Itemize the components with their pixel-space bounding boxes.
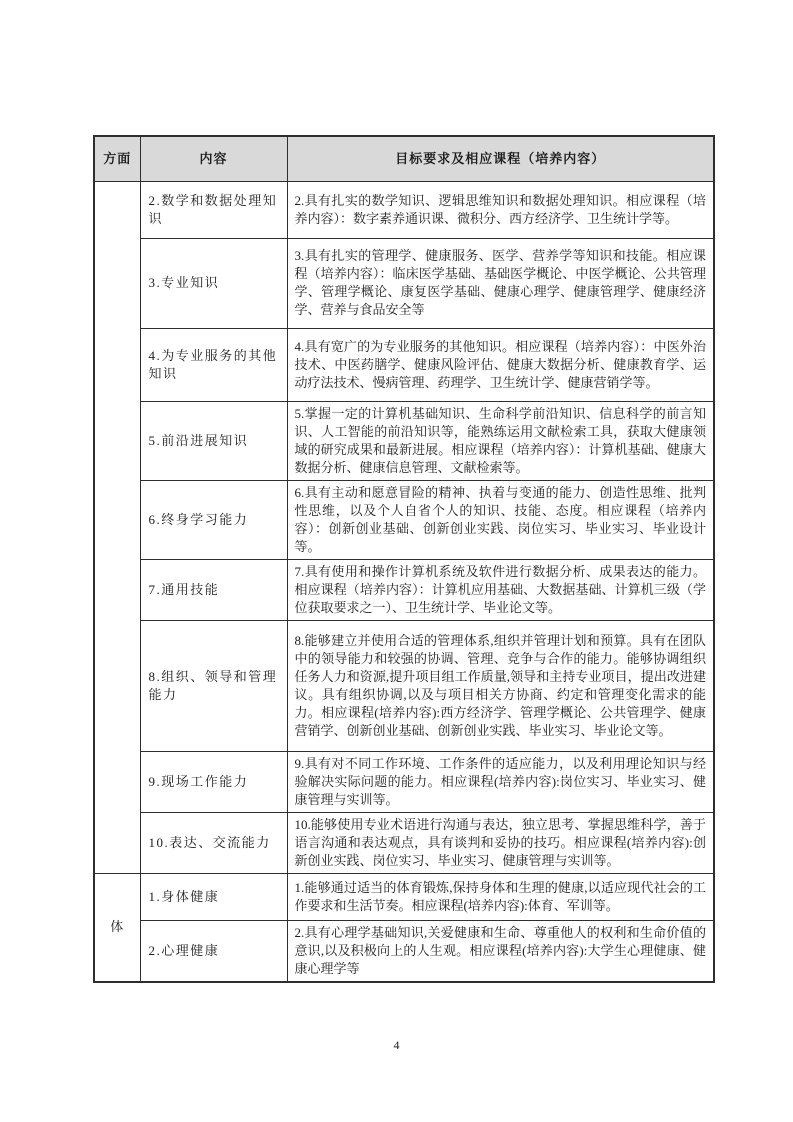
table-row: 4.为专业服务的其他知识 4.具有宽广的为专业服务的其他知识。相应课程（培养内容… — [94, 328, 714, 401]
table-row: 2.数学和数据处理知识 2.具有扎实的数学知识、逻辑思维知识和数据处理知识。相应… — [94, 181, 714, 238]
detail-cell: 4.具有宽广的为专业服务的其他知识。相应课程（培养内容）：中医外治技术、中医药膳… — [287, 328, 714, 401]
detail-cell: 1.能够通过适当的体育锻炼,保持身体和生理的健康,以适应现代社会的工作要求和生活… — [287, 873, 714, 920]
detail-cell: 10.能够使用专业术语进行沟通与表达，独立思考、掌握思维科学，善于语言沟通和表达… — [287, 812, 714, 873]
content-cell: 4.为专业服务的其他知识 — [140, 328, 287, 401]
table-row: 9.现场工作能力 9.具有对不同工作环境、工作条件的适应能力，以及利用理论知识与… — [94, 751, 714, 812]
curriculum-table: 方面 内容 目标要求及相应课程（培养内容） 2.数学和数据处理知识 2.具有扎实… — [93, 135, 715, 983]
table-row: 3.专业知识 3.具有扎实的管理学、健康服务、医学、营养学等知识和技能。相应课程… — [94, 238, 714, 328]
detail-cell: 8.能够建立并使用合适的管理体系,组织并管理计划和预算。具有在团队中的领导能力和… — [287, 620, 714, 751]
table-row: 7.通用技能 7.具有使用和操作计算机系统及软件进行数据分析、成果表达的能力。相… — [94, 559, 714, 620]
content-cell: 2.数学和数据处理知识 — [140, 181, 287, 238]
content-cell: 6.终身学习能力 — [140, 480, 287, 559]
table-row: 体 1.身体健康 1.能够通过适当的体育锻炼,保持身体和生理的健康,以适应现代社… — [94, 873, 714, 920]
header-content: 内容 — [140, 136, 287, 181]
table-row: 2.心理健康 2.具有心理学基础知识,关爱健康和生命、尊重他人的权利和生命价值的… — [94, 920, 714, 982]
content-cell: 1.身体健康 — [140, 873, 287, 920]
detail-cell: 6.具有主动和愿意冒险的精神、执着与变通的能力、创造性思维、批判性思维，以及个人… — [287, 480, 714, 559]
table-header-row: 方面 内容 目标要求及相应课程（培养内容） — [94, 136, 714, 181]
detail-cell: 2.具有扎实的数学知识、逻辑思维知识和数据处理知识。相应课程（培养内容）：数字素… — [287, 181, 714, 238]
table-row: 5.前沿进展知识 5.掌握一定的计算机基础知识、生命科学前沿知识、信息科学的前言… — [94, 401, 714, 480]
content-cell: 2.心理健康 — [140, 920, 287, 982]
table-row: 6.终身学习能力 6.具有主动和愿意冒险的精神、执着与变通的能力、创造性思维、批… — [94, 480, 714, 559]
content-cell: 7.通用技能 — [140, 559, 287, 620]
content-cell: 9.现场工作能力 — [140, 751, 287, 812]
header-target-courses: 目标要求及相应课程（培养内容） — [287, 136, 714, 181]
detail-cell: 2.具有心理学基础知识,关爱健康和生命、尊重他人的权利和生命价值的意识,以及积极… — [287, 920, 714, 982]
detail-cell: 9.具有对不同工作环境、工作条件的适应能力，以及利用理论知识与经验解决实际问题的… — [287, 751, 714, 812]
content-cell: 10.表达、交流能力 — [140, 812, 287, 873]
detail-cell: 5.掌握一定的计算机基础知识、生命科学前沿知识、信息科学的前言知识、人工智能的前… — [287, 401, 714, 480]
table-row: 8.组织、领导和管理能力 8.能够建立并使用合适的管理体系,组织并管理计划和预算… — [94, 620, 714, 751]
aspect-cell-body: 体 — [94, 873, 140, 982]
header-aspect: 方面 — [94, 136, 140, 181]
content-cell: 8.组织、领导和管理能力 — [140, 620, 287, 751]
content-cell: 5.前沿进展知识 — [140, 401, 287, 480]
document-page: 方面 内容 目标要求及相应课程（培养内容） 2.数学和数据处理知识 2.具有扎实… — [0, 0, 793, 1122]
detail-cell: 7.具有使用和操作计算机系统及软件进行数据分析、成果表达的能力。相应课程（培养内… — [287, 559, 714, 620]
table-row: 10.表达、交流能力 10.能够使用专业术语进行沟通与表达，独立思考、掌握思维科… — [94, 812, 714, 873]
detail-cell: 3.具有扎实的管理学、健康服务、医学、营养学等知识和技能。相应课程（培养内容）：… — [287, 238, 714, 328]
aspect-cell-blank — [94, 181, 140, 873]
page-number: 4 — [0, 1038, 793, 1053]
content-cell: 3.专业知识 — [140, 238, 287, 328]
